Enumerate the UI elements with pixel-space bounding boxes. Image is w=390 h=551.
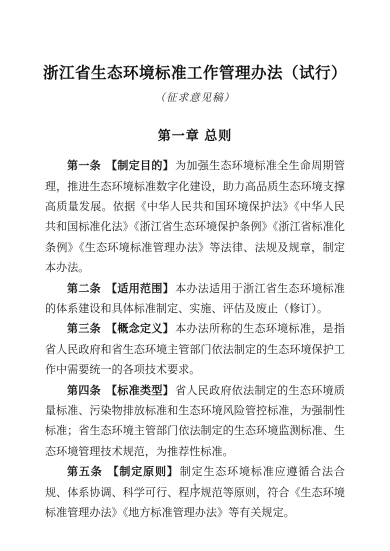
page-number: 1	[0, 482, 390, 492]
article-5-number: 第五条	[67, 466, 103, 478]
article-3-number: 第三条	[67, 323, 101, 335]
article-4-tag: 【标准类型】	[106, 385, 174, 397]
article-1-tag: 【制定目的】	[106, 160, 174, 172]
document-subtitle: （征求意见稿）	[0, 90, 390, 105]
document-page: 浙江省生态环境标准工作管理办法（试行） （征求意见稿） 第一章 总则 第一条【制…	[0, 0, 390, 551]
article-5-tag: 【制定原则】	[108, 466, 179, 478]
article-2-number: 第二条	[67, 283, 101, 295]
chapter-heading: 第一章 总则	[0, 125, 390, 144]
article-2: 第二条【适用范围】本办法适用于浙江省生态环境标准的体系建设和具体标准制定、实施、…	[45, 279, 345, 320]
article-1-number: 第一条	[67, 160, 101, 172]
article-2-tag: 【适用范围】	[106, 283, 174, 295]
article-1-body: 为加强生态环境标准全生命周期管理，推进生态环境标准数字化建设，助力高品质生态环境…	[45, 160, 345, 274]
article-3: 第三条【概念定义】本办法所称的生态环境标准，是指省人民政府和省生态环境主管部门依…	[45, 319, 345, 380]
article-1: 第一条【制定目的】为加强生态环境标准全生命周期管理，推进生态环境标准数字化建设，…	[45, 156, 345, 278]
document-body: 第一条【制定目的】为加强生态环境标准全生命周期管理，推进生态环境标准数字化建设，…	[45, 156, 345, 523]
article-3-tag: 【概念定义】	[106, 323, 174, 335]
article-5: 第五条【制定原则】制定生态环境标准应遵循合法合规、体系协调、科学可行、程序规范等…	[45, 462, 345, 523]
document-title: 浙江省生态环境标准工作管理办法（试行）	[0, 0, 390, 84]
article-4: 第四条【标准类型】省人民政府依法制定的生态环境质量标准、污染物排放标准和生态环境…	[45, 381, 345, 463]
article-4-number: 第四条	[67, 385, 101, 397]
